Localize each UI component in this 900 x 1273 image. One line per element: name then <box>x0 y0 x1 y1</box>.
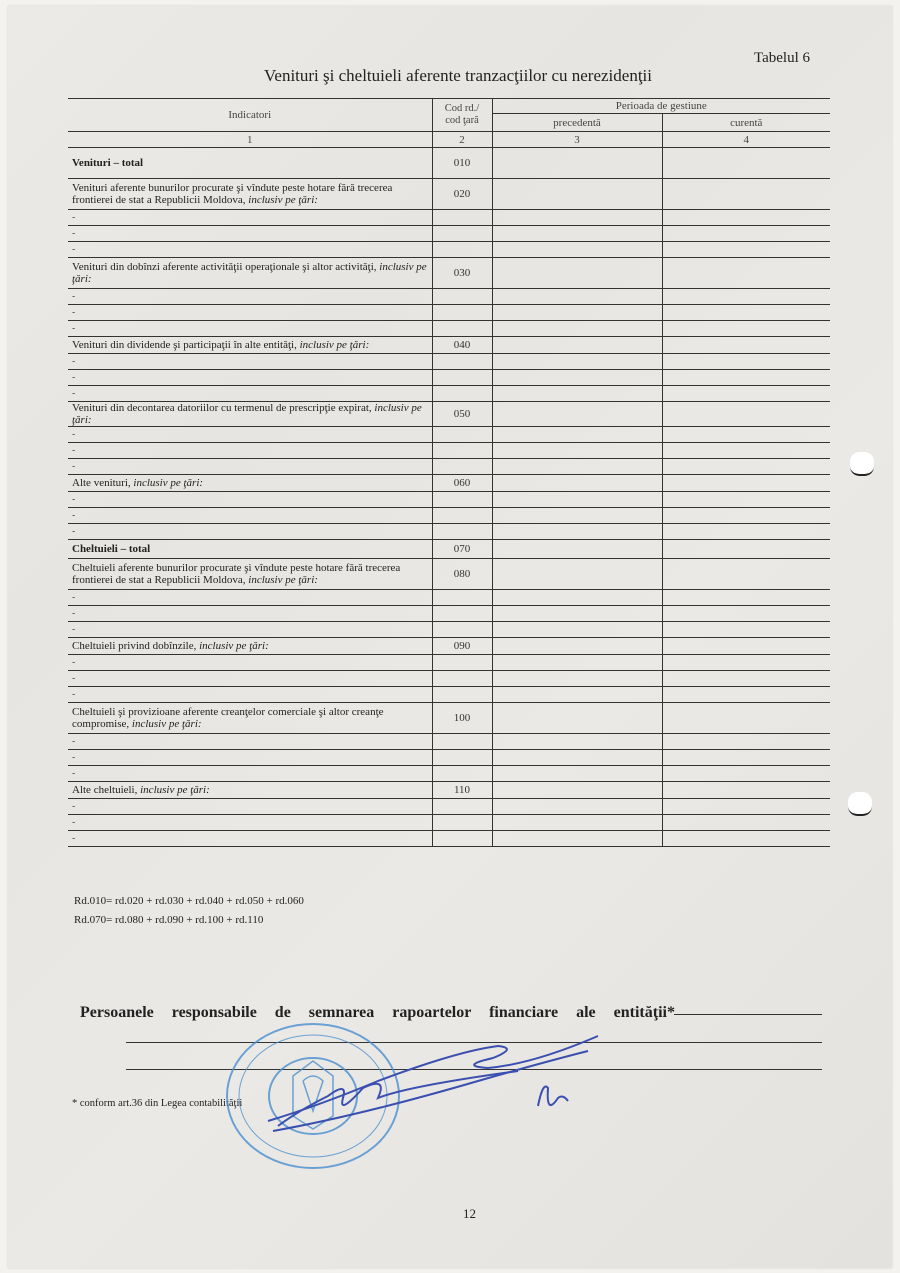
indicator-label[interactable]: - <box>68 799 432 815</box>
value-curenta[interactable] <box>662 655 830 671</box>
value-precedenta[interactable] <box>492 148 662 179</box>
formulas: Rd.010= rd.020 + rd.030 + rd.040 + rd.05… <box>74 892 304 930</box>
value-precedenta[interactable] <box>492 671 662 687</box>
country-row: - <box>68 210 830 226</box>
row-code <box>432 226 492 242</box>
value-precedenta[interactable] <box>492 427 662 443</box>
row-code <box>432 671 492 687</box>
value-curenta[interactable] <box>662 321 830 337</box>
indicator-label[interactable]: - <box>68 734 432 750</box>
indicator-row: Cheltuieli şi provizioane aferente crean… <box>68 703 830 734</box>
country-row: - <box>68 606 830 622</box>
column-number-row: 1 2 3 4 <box>68 132 830 148</box>
value-curenta[interactable] <box>662 559 830 590</box>
country-row: - <box>68 427 830 443</box>
value-precedenta[interactable] <box>492 831 662 847</box>
indicator-row: Venituri din decontarea datoriilor cu te… <box>68 402 830 427</box>
colnum-2: 2 <box>432 132 492 148</box>
indicator-label: Venituri din dividende şi participaţii î… <box>68 337 432 354</box>
value-curenta[interactable] <box>662 638 830 655</box>
row-code: 030 <box>432 258 492 289</box>
country-row: - <box>68 590 830 606</box>
value-curenta[interactable] <box>662 492 830 508</box>
handwritten-signature-icon <box>258 1026 618 1146</box>
indicator-row: Venituri aferente bunurilor procurate şi… <box>68 179 830 210</box>
value-precedenta[interactable] <box>492 815 662 831</box>
indicator-label: Cheltuieli – total <box>68 540 432 559</box>
row-code: 050 <box>432 402 492 427</box>
value-precedenta[interactable] <box>492 459 662 475</box>
row-code <box>432 524 492 540</box>
row-code <box>432 305 492 321</box>
indicator-label[interactable]: - <box>68 459 432 475</box>
value-curenta[interactable] <box>662 508 830 524</box>
indicator-label: Venituri aferente bunurilor procurate şi… <box>68 179 432 210</box>
total-row: Cheltuieli – total070 <box>68 540 830 559</box>
indicator-label: Venituri din dobînzi aferente activităţi… <box>68 258 432 289</box>
row-code <box>432 831 492 847</box>
formula-revenue: Rd.010= rd.020 + rd.030 + rd.040 + rd.05… <box>74 892 304 911</box>
indicator-label[interactable]: - <box>68 210 432 226</box>
country-row: - <box>68 305 830 321</box>
country-row: - <box>68 815 830 831</box>
country-row: - <box>68 524 830 540</box>
value-curenta[interactable] <box>662 815 830 831</box>
value-curenta[interactable] <box>662 524 830 540</box>
row-code <box>432 815 492 831</box>
indicator-label[interactable]: - <box>68 687 432 703</box>
header-cod: Cod rd./cod ţară <box>432 99 492 132</box>
value-precedenta[interactable] <box>492 606 662 622</box>
country-row: - <box>68 289 830 305</box>
value-curenta[interactable] <box>662 590 830 606</box>
country-row: - <box>68 831 830 847</box>
value-curenta[interactable] <box>662 750 830 766</box>
row-code <box>432 590 492 606</box>
value-precedenta[interactable] <box>492 622 662 638</box>
value-precedenta[interactable] <box>492 210 662 226</box>
indicator-label[interactable]: - <box>68 242 432 258</box>
row-code <box>432 289 492 305</box>
row-code <box>432 508 492 524</box>
indicator-label: Venituri din decontarea datoriilor cu te… <box>68 402 432 427</box>
value-curenta[interactable] <box>662 831 830 847</box>
indicator-label: Cheltuieli aferente bunurilor procurate … <box>68 559 432 590</box>
value-precedenta[interactable] <box>492 492 662 508</box>
indicator-row: Cheltuieli privind dobînzile, inclusiv p… <box>68 638 830 655</box>
country-row: - <box>68 354 830 370</box>
value-curenta[interactable] <box>662 782 830 799</box>
indicator-label[interactable]: - <box>68 750 432 766</box>
page-number: 12 <box>463 1206 476 1222</box>
value-curenta[interactable] <box>662 289 830 305</box>
value-curenta[interactable] <box>662 337 830 354</box>
footnote: * conform art.36 din Legea contabilităţi… <box>72 1098 242 1109</box>
table-label: Tabelul 6 <box>754 50 810 67</box>
signers-heading: Persoanele responsabile de semnarea rapo… <box>80 1004 675 1022</box>
indicator-label[interactable]: - <box>68 492 432 508</box>
document-page: Tabelul 6 Venituri şi cheltuieli aferent… <box>8 6 892 1268</box>
value-curenta[interactable] <box>662 703 830 734</box>
value-precedenta[interactable] <box>492 559 662 590</box>
value-precedenta[interactable] <box>492 258 662 289</box>
value-precedenta[interactable] <box>492 703 662 734</box>
value-curenta[interactable] <box>662 179 830 210</box>
row-code <box>432 799 492 815</box>
value-precedenta[interactable] <box>492 475 662 492</box>
value-curenta[interactable] <box>662 671 830 687</box>
value-precedenta[interactable] <box>492 734 662 750</box>
country-row: - <box>68 622 830 638</box>
indicator-label[interactable]: - <box>68 226 432 242</box>
country-row: - <box>68 321 830 337</box>
value-precedenta[interactable] <box>492 443 662 459</box>
country-row: - <box>68 799 830 815</box>
value-curenta[interactable] <box>662 734 830 750</box>
indicator-label[interactable]: - <box>68 443 432 459</box>
country-row: - <box>68 508 830 524</box>
value-curenta[interactable] <box>662 242 830 258</box>
value-precedenta[interactable] <box>492 402 662 427</box>
row-code: 070 <box>432 540 492 559</box>
value-precedenta[interactable] <box>492 524 662 540</box>
value-precedenta[interactable] <box>492 337 662 354</box>
indicator-label[interactable]: - <box>68 524 432 540</box>
value-curenta[interactable] <box>662 799 830 815</box>
indicator-label[interactable]: - <box>68 354 432 370</box>
value-curenta[interactable] <box>662 766 830 782</box>
country-row: - <box>68 671 830 687</box>
indicator-label[interactable]: - <box>68 815 432 831</box>
value-curenta[interactable] <box>662 402 830 427</box>
value-precedenta[interactable] <box>492 799 662 815</box>
row-code: 010 <box>432 148 492 179</box>
indicator-label: Cheltuieli şi provizioane aferente crean… <box>68 703 432 734</box>
row-code <box>432 687 492 703</box>
row-code: 020 <box>432 179 492 210</box>
value-curenta[interactable] <box>662 622 830 638</box>
row-code <box>432 622 492 638</box>
indicator-label[interactable]: - <box>68 370 432 386</box>
row-code <box>432 655 492 671</box>
row-code <box>432 354 492 370</box>
row-code <box>432 492 492 508</box>
value-precedenta[interactable] <box>492 179 662 210</box>
indicator-row: Venituri din dividende şi participaţii î… <box>68 337 830 354</box>
value-curenta[interactable] <box>662 443 830 459</box>
row-code: 040 <box>432 337 492 354</box>
country-row: - <box>68 226 830 242</box>
value-curenta[interactable] <box>662 210 830 226</box>
country-row: - <box>68 443 830 459</box>
value-curenta[interactable] <box>662 459 830 475</box>
country-row: - <box>68 242 830 258</box>
value-precedenta[interactable] <box>492 782 662 799</box>
value-curenta[interactable] <box>662 475 830 492</box>
indicator-label[interactable]: - <box>68 427 432 443</box>
indicator-row: Venituri din dobînzi aferente activităţi… <box>68 258 830 289</box>
value-precedenta[interactable] <box>492 321 662 337</box>
transactions-table: Indicatori Cod rd./cod ţară Perioada de … <box>68 98 830 847</box>
value-precedenta[interactable] <box>492 750 662 766</box>
indicator-label[interactable]: - <box>68 321 432 337</box>
country-row: - <box>68 459 830 475</box>
value-curenta[interactable] <box>662 258 830 289</box>
value-curenta[interactable] <box>662 427 830 443</box>
row-code <box>432 321 492 337</box>
value-curenta[interactable] <box>662 540 830 559</box>
header-precedenta: precedentă <box>492 114 662 132</box>
header-perioada: Perioada de gestiune <box>492 99 830 114</box>
row-code <box>432 459 492 475</box>
country-row: - <box>68 386 830 402</box>
value-precedenta[interactable] <box>492 289 662 305</box>
value-precedenta[interactable] <box>492 655 662 671</box>
indicator-label[interactable]: - <box>68 671 432 687</box>
row-code <box>432 734 492 750</box>
row-code <box>432 766 492 782</box>
indicator-label: Alte venituri, inclusiv pe ţări: <box>68 475 432 492</box>
value-precedenta[interactable] <box>492 226 662 242</box>
value-curenta[interactable] <box>662 687 830 703</box>
punch-hole-top <box>850 452 874 476</box>
indicator-label[interactable]: - <box>68 622 432 638</box>
header-row: Indicatori Cod rd./cod ţară Perioada de … <box>68 99 830 114</box>
value-curenta[interactable] <box>662 386 830 402</box>
indicator-label[interactable]: - <box>68 289 432 305</box>
punch-hole-bottom <box>848 792 872 816</box>
row-code <box>432 750 492 766</box>
row-code: 110 <box>432 782 492 799</box>
row-code <box>432 443 492 459</box>
country-row: - <box>68 655 830 671</box>
value-precedenta[interactable] <box>492 354 662 370</box>
value-curenta[interactable] <box>662 606 830 622</box>
row-code <box>432 242 492 258</box>
indicator-row: Cheltuieli aferente bunurilor procurate … <box>68 559 830 590</box>
indicator-row: Alte cheltuieli, inclusiv pe ţări:110 <box>68 782 830 799</box>
header-curenta: curentă <box>662 114 830 132</box>
value-curenta[interactable] <box>662 354 830 370</box>
formula-expenses: Rd.070= rd.080 + rd.090 + rd.100 + rd.11… <box>74 911 304 930</box>
value-precedenta[interactable] <box>492 638 662 655</box>
page-title: Venituri şi cheltuieli aferente tranzacţ… <box>8 66 900 86</box>
indicator-label[interactable]: - <box>68 386 432 402</box>
indicator-label: Cheltuieli privind dobînzile, inclusiv p… <box>68 638 432 655</box>
value-precedenta[interactable] <box>492 508 662 524</box>
row-code: 090 <box>432 638 492 655</box>
row-code <box>432 370 492 386</box>
colnum-1: 1 <box>68 132 432 148</box>
value-curenta[interactable] <box>662 226 830 242</box>
header-indicatori: Indicatori <box>68 99 432 132</box>
value-precedenta[interactable] <box>492 590 662 606</box>
indicator-label[interactable]: - <box>68 766 432 782</box>
row-code: 080 <box>432 559 492 590</box>
indicator-label[interactable]: - <box>68 590 432 606</box>
value-precedenta[interactable] <box>492 370 662 386</box>
signature-line-1[interactable] <box>674 1014 822 1015</box>
country-row: - <box>68 734 830 750</box>
value-curenta[interactable] <box>662 370 830 386</box>
value-precedenta[interactable] <box>492 305 662 321</box>
country-row: - <box>68 370 830 386</box>
indicator-label: Venituri – total <box>68 148 432 179</box>
value-curenta[interactable] <box>662 148 830 179</box>
row-code <box>432 606 492 622</box>
row-code <box>432 386 492 402</box>
country-row: - <box>68 492 830 508</box>
value-precedenta[interactable] <box>492 687 662 703</box>
colnum-3: 3 <box>492 132 662 148</box>
indicator-label[interactable]: - <box>68 606 432 622</box>
value-precedenta[interactable] <box>492 766 662 782</box>
colnum-4: 4 <box>662 132 830 148</box>
country-row: - <box>68 750 830 766</box>
indicator-label[interactable]: - <box>68 508 432 524</box>
country-row: - <box>68 687 830 703</box>
row-code <box>432 427 492 443</box>
row-code <box>432 210 492 226</box>
total-row: Venituri – total010 <box>68 148 830 179</box>
indicator-label: Alte cheltuieli, inclusiv pe ţări: <box>68 782 432 799</box>
indicator-label[interactable]: - <box>68 831 432 847</box>
value-precedenta[interactable] <box>492 242 662 258</box>
indicator-row: Alte venituri, inclusiv pe ţări:060 <box>68 475 830 492</box>
country-row: - <box>68 766 830 782</box>
row-code: 100 <box>432 703 492 734</box>
row-code: 060 <box>432 475 492 492</box>
value-precedenta[interactable] <box>492 386 662 402</box>
indicator-label[interactable]: - <box>68 305 432 321</box>
value-precedenta[interactable] <box>492 540 662 559</box>
indicator-label[interactable]: - <box>68 655 432 671</box>
value-curenta[interactable] <box>662 305 830 321</box>
